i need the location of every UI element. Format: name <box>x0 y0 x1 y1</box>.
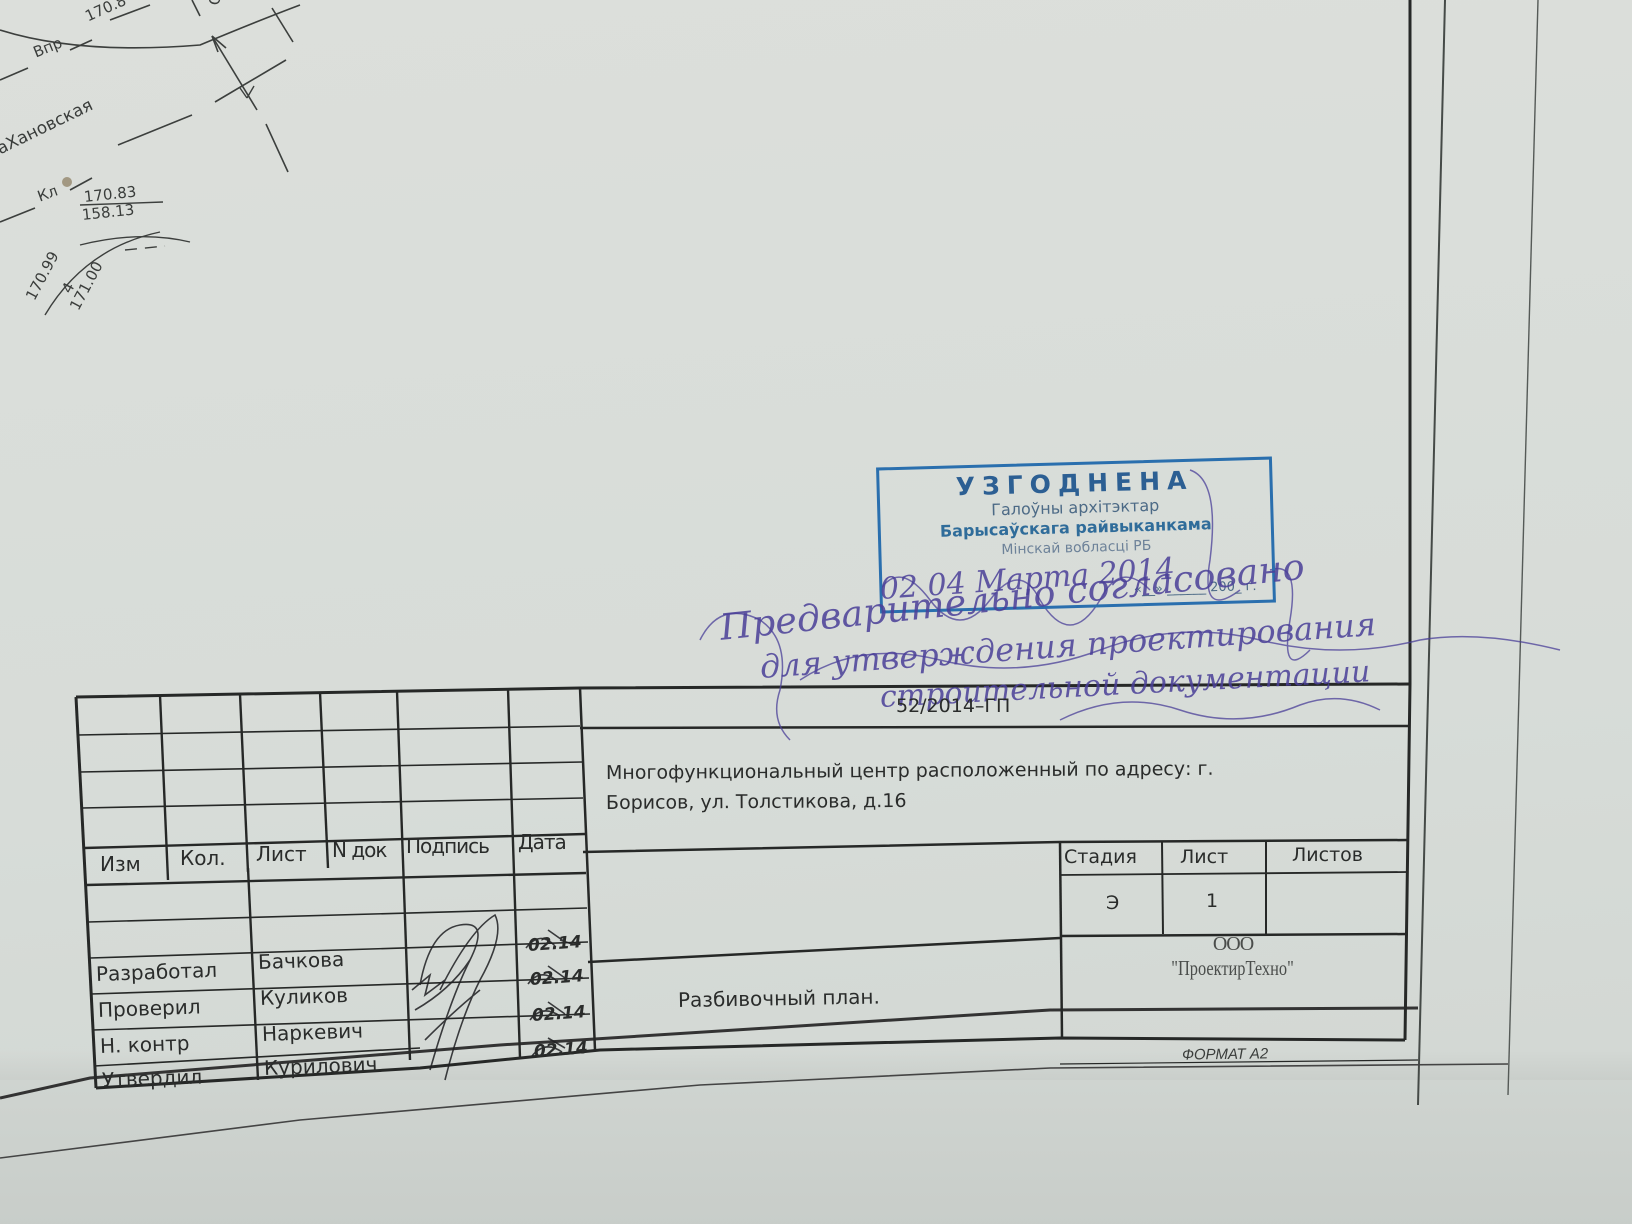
date-developed: 02.14 <box>527 932 582 956</box>
header-podpis: Подпись <box>406 834 489 858</box>
header-n-dok: N док <box>332 838 386 862</box>
name-checked: Куликов <box>260 983 349 1010</box>
header-sheets-total: Листов <box>1292 844 1363 866</box>
role-checked: Проверил <box>98 994 201 1022</box>
header-list: Лист <box>256 842 307 866</box>
company-name: ООО "ПроектирТехно" <box>1068 933 1398 981</box>
company-title: "ПроектирТехно" <box>1172 956 1294 981</box>
sheet-value: 1 <box>1206 890 1218 912</box>
stage-value: Э <box>1106 892 1119 914</box>
header-data: Дата <box>518 830 566 854</box>
header-stage: Стадия <box>1064 846 1137 868</box>
name-developed: Бачкова <box>258 947 345 974</box>
paper-format-label: ФОРМАТ А2 <box>1182 1045 1268 1063</box>
company-form: ООО <box>1068 933 1398 956</box>
document-code: 52/2014–ГП <box>896 695 1010 717</box>
role-approved: Утвердил <box>102 1065 203 1092</box>
role-norm-control: Н. контр <box>100 1031 190 1058</box>
name-norm-control: Наркевич <box>262 1018 364 1046</box>
date-approved: 02.14 <box>533 1038 588 1062</box>
project-name-line-1: Многофункциональный центр расположенный … <box>606 758 1214 784</box>
date-checked: 02.14 <box>529 966 584 990</box>
header-sheet: Лист <box>1180 846 1228 868</box>
name-approved: Курилович <box>264 1052 378 1080</box>
header-izm: Изм <box>100 852 141 876</box>
date-norm-control: 02.14 <box>531 1002 586 1026</box>
header-kol: Кол. <box>180 846 226 870</box>
drawing-title: Разбивочный план. <box>678 984 880 1012</box>
project-name-line-2: Борисов, ул. Толстикова, д.16 <box>606 790 907 814</box>
role-developed: Разработал <box>96 958 218 986</box>
